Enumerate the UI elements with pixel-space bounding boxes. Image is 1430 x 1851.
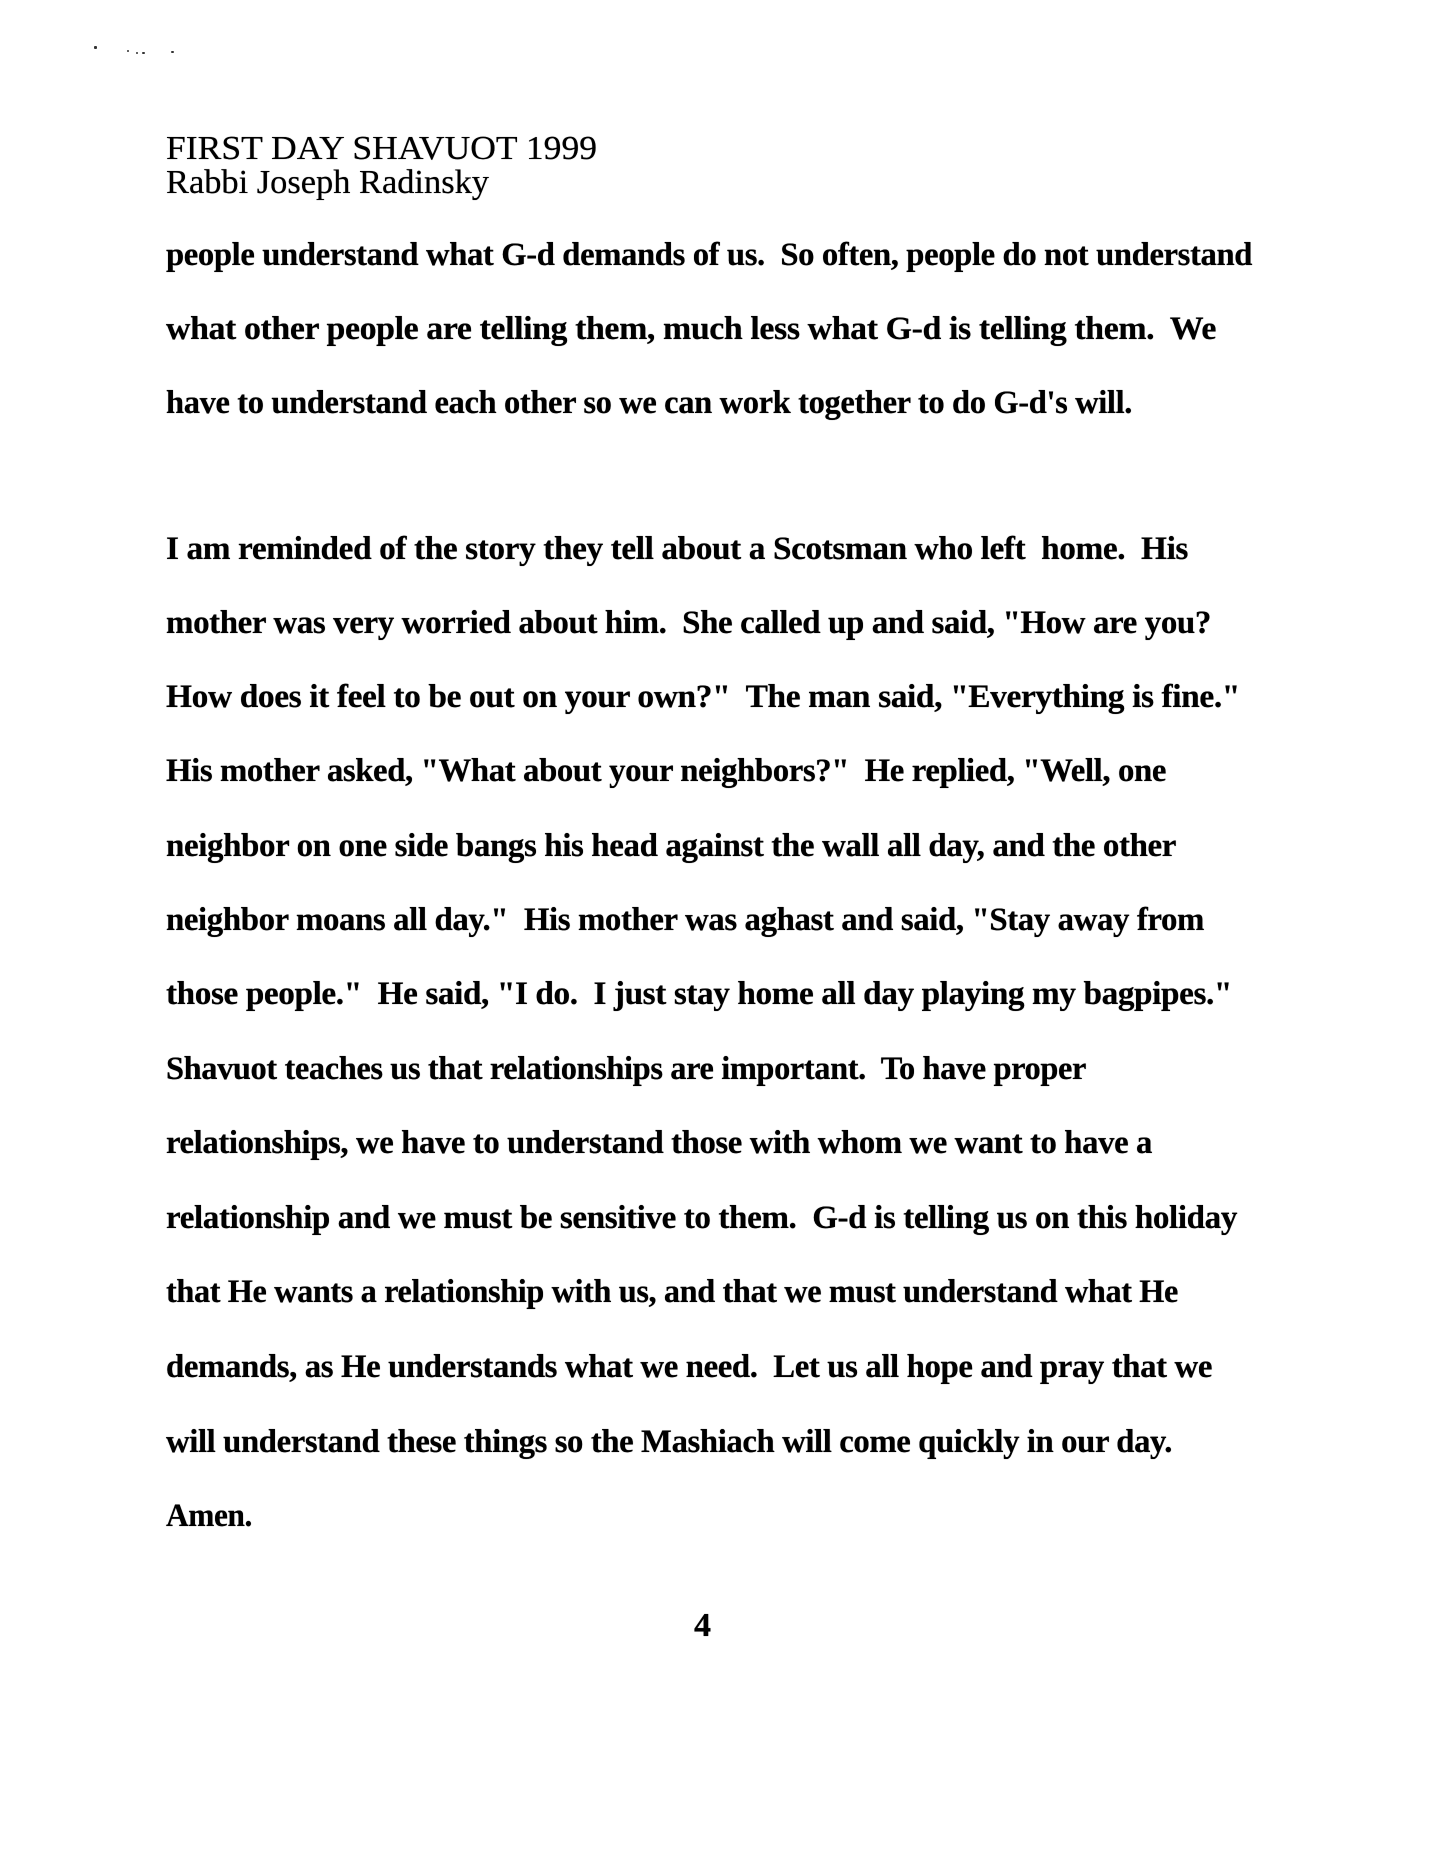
body-line: Shavuot teaches us that relationships ar… bbox=[166, 1053, 1086, 1086]
body-line: I am reminded of the story they tell abo… bbox=[166, 533, 1188, 566]
body-line: will understand these things so the Mash… bbox=[166, 1426, 1172, 1459]
document-title: FIRST DAY SHAVUOT 1999 bbox=[166, 132, 597, 166]
scan-speck bbox=[142, 52, 145, 54]
document-page: FIRST DAY SHAVUOT 1999 Rabbi Joseph Radi… bbox=[0, 0, 1430, 1851]
body-line: neighbor moans all day." His mother was … bbox=[166, 904, 1204, 937]
document-author: Rabbi Joseph Radinsky bbox=[166, 166, 489, 200]
body-line: have to understand each other so we can … bbox=[166, 387, 1132, 420]
scan-speck bbox=[94, 46, 97, 49]
body-line: demands, as He understands what we need.… bbox=[166, 1351, 1212, 1384]
body-line: relationship and we must be sensitive to… bbox=[166, 1202, 1237, 1235]
scan-speck bbox=[136, 52, 138, 54]
body-line: His mother asked, "What about your neigh… bbox=[166, 755, 1166, 788]
body-line: mother was very worried about him. She c… bbox=[166, 607, 1211, 640]
body-line: relationships, we have to understand tho… bbox=[166, 1127, 1152, 1160]
body-line: that He wants a relationship with us, an… bbox=[166, 1276, 1178, 1309]
body-line: How does it feel to be out on your own?"… bbox=[166, 681, 1240, 714]
body-line: those people." He said, "I do. I just st… bbox=[166, 978, 1232, 1011]
scan-speck bbox=[171, 51, 174, 53]
body-line: people understand what G-d demands of us… bbox=[166, 239, 1252, 272]
body-line: what other people are telling them, much… bbox=[166, 313, 1216, 346]
scan-speck bbox=[127, 50, 129, 52]
body-line: neighbor on one side bangs his head agai… bbox=[166, 830, 1176, 863]
body-line: Amen. bbox=[166, 1500, 252, 1533]
page-number: 4 bbox=[694, 1609, 711, 1643]
